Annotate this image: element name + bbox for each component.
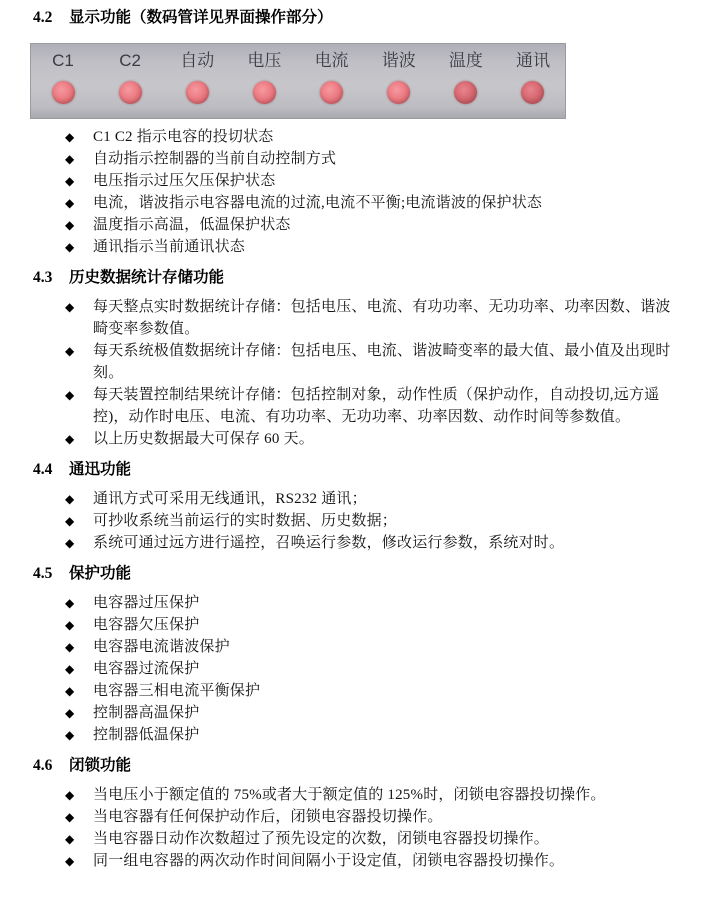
section-4-5: 4.5 保护功能 ◆ 电容器过压保护 ◆ 电容器欠压保护 ◆ 电容器电流谐波保护… xyxy=(33,564,673,746)
manual-page: 4.2 显示功能（数码管详见界面操作部分） C1 C2 自动 电压 电流 谐波 … xyxy=(0,0,701,912)
led-indicator-icon xyxy=(186,81,209,104)
indicator-label: C2 xyxy=(119,51,141,71)
list-item: ◆ 每天装置控制结果统计存储：包括控制对象，动作性质（保护动作，自动投切,远方遥… xyxy=(33,384,673,428)
led-indicator-icon xyxy=(320,81,343,104)
bullet-text: 控制器低温保护 xyxy=(93,724,673,746)
bullet-diamond-icon: ◆ xyxy=(65,126,93,148)
section-4-5-heading: 4.5 保护功能 xyxy=(33,564,673,584)
bullet-diamond-icon: ◆ xyxy=(65,592,93,614)
section-number: 4.3 xyxy=(33,268,69,288)
indicator-label: 谐波 xyxy=(382,51,416,71)
list-item: ◆ C1 C2 指示电容的投切状态 xyxy=(33,126,673,148)
bullet-text: 通讯方式可采用无线通讯，RS232 通讯； xyxy=(93,488,673,510)
section-4-2: 4.2 显示功能（数码管详见界面操作部分） C1 C2 自动 电压 电流 谐波 … xyxy=(33,8,673,258)
bullet-text: 当电容器日动作次数超过了预先设定的次数，闭锁电容器投切操作。 xyxy=(93,828,673,850)
section-number: 4.6 xyxy=(33,756,69,776)
list-item: ◆ 自动指示控制器的当前自动控制方式 xyxy=(33,148,673,170)
panel-indicator: 通讯 xyxy=(505,44,561,118)
bullet-text: 每天装置控制结果统计存储：包括控制对象，动作性质（保护动作，自动投切,远方遥控)… xyxy=(93,384,673,428)
bullet-text: 当电压小于额定值的 75%或者大于额定值的 125%时，闭锁电容器投切操作。 xyxy=(93,784,673,806)
section-4-2-heading: 4.2 显示功能（数码管详见界面操作部分） xyxy=(33,8,673,28)
bullet-diamond-icon: ◆ xyxy=(65,702,93,724)
section-title: 显示功能（数码管详见界面操作部分） xyxy=(69,8,333,28)
list-item: ◆ 通讯方式可采用无线通讯，RS232 通讯； xyxy=(33,488,673,510)
section-4-6-heading: 4.6 闭锁功能 xyxy=(33,756,673,776)
bullet-diamond-icon: ◆ xyxy=(65,384,93,428)
panel-indicator: 自动 xyxy=(169,44,225,118)
bullet-text: 当电容器有任何保护动作后，闭锁电容器投切操作。 xyxy=(93,806,673,828)
bullet-text: 每天系统极值数据统计存储：包括电压、电流、谐波畸变率的最大值、最小值及出现时刻。 xyxy=(93,340,673,384)
bullet-text: 通讯指示当前通讯状态 xyxy=(93,236,673,258)
list-item: ◆ 电容器过压保护 xyxy=(33,592,673,614)
list-item: ◆ 电容器电流谐波保护 xyxy=(33,636,673,658)
bullet-diamond-icon: ◆ xyxy=(65,170,93,192)
panel-indicator: 电流 xyxy=(304,44,360,118)
bullet-text: 电容器三相电流平衡保护 xyxy=(93,680,673,702)
section-4-6: 4.6 闭锁功能 ◆ 当电压小于额定值的 75%或者大于额定值的 125%时，闭… xyxy=(33,756,673,872)
bullet-diamond-icon: ◆ xyxy=(65,636,93,658)
bullet-text: 以上历史数据最大可保存 60 天。 xyxy=(93,428,673,450)
list-item: ◆ 电容器过流保护 xyxy=(33,658,673,680)
section-4-4-heading: 4.4 通迅功能 xyxy=(33,460,673,480)
section-number: 4.4 xyxy=(33,460,69,480)
bullet-diamond-icon: ◆ xyxy=(65,658,93,680)
indicator-panel-photo: C1 C2 自动 电压 电流 谐波 温度 通讯 xyxy=(30,43,566,119)
list-item: ◆ 同一组电容器的两次动作时间间隔小于设定值，闭锁电容器投切操作。 xyxy=(33,850,673,872)
panel-indicator: C2 xyxy=(102,44,158,118)
led-indicator-icon xyxy=(52,81,75,104)
bullet-diamond-icon: ◆ xyxy=(65,236,93,258)
list-item: ◆ 每天系统极值数据统计存储：包括电压、电流、谐波畸变率的最大值、最小值及出现时… xyxy=(33,340,673,384)
bullet-text: 控制器高温保护 xyxy=(93,702,673,724)
led-indicator-icon xyxy=(454,81,477,104)
bullet-diamond-icon: ◆ xyxy=(65,214,93,236)
list-item: ◆ 电容器三相电流平衡保护 xyxy=(33,680,673,702)
section-4-5-bullets: ◆ 电容器过压保护 ◆ 电容器欠压保护 ◆ 电容器电流谐波保护 ◆ 电容器过流保… xyxy=(33,592,673,746)
list-item: ◆ 控制器高温保护 xyxy=(33,702,673,724)
list-item: ◆ 温度指示高温，低温保护状态 xyxy=(33,214,673,236)
bullet-text: 电容器电流谐波保护 xyxy=(93,636,673,658)
section-4-3-heading: 4.3 历史数据统计存储功能 xyxy=(33,268,673,288)
bullet-text: 电容器过流保护 xyxy=(93,658,673,680)
bullet-diamond-icon: ◆ xyxy=(65,724,93,746)
panel-indicator: 谐波 xyxy=(371,44,427,118)
list-item: ◆ 电容器欠压保护 xyxy=(33,614,673,636)
bullet-text: 温度指示高温，低温保护状态 xyxy=(93,214,673,236)
bullet-text: 每天整点实时数据统计存储：包括电压、电流、有功功率、无功功率、功率因数、谐波畸变… xyxy=(93,296,673,340)
bullet-text: 自动指示控制器的当前自动控制方式 xyxy=(93,148,673,170)
section-title: 历史数据统计存储功能 xyxy=(69,268,224,288)
indicator-label: 电流 xyxy=(315,51,349,71)
list-item: ◆ 可抄收系统当前运行的实时数据、历史数据； xyxy=(33,510,673,532)
indicator-label: 通讯 xyxy=(516,51,550,71)
list-item: ◆ 电压指示过压欠压保护状态 xyxy=(33,170,673,192)
indicator-label: 电压 xyxy=(247,51,281,71)
bullet-text: C1 C2 指示电容的投切状态 xyxy=(93,126,673,148)
section-title: 闭锁功能 xyxy=(69,756,131,776)
list-item: ◆ 当电容器日动作次数超过了预先设定的次数，闭锁电容器投切操作。 xyxy=(33,828,673,850)
list-item: ◆ 当电压小于额定值的 75%或者大于额定值的 125%时，闭锁电容器投切操作。 xyxy=(33,784,673,806)
indicator-label: C1 xyxy=(52,51,74,71)
bullet-text: 电流，谐波指示电容器电流的过流,电流不平衡;电流谐波的保护状态 xyxy=(93,192,673,214)
bullet-diamond-icon: ◆ xyxy=(65,806,93,828)
section-4-4: 4.4 通迅功能 ◆ 通讯方式可采用无线通讯，RS232 通讯； ◆ 可抄收系统… xyxy=(33,460,673,554)
indicator-label: 温度 xyxy=(449,51,483,71)
list-item: ◆ 每天整点实时数据统计存储：包括电压、电流、有功功率、无功功率、功率因数、谐波… xyxy=(33,296,673,340)
bullet-text: 系统可通过远方进行遥控，召唤运行参数，修改运行参数，系统对时。 xyxy=(93,532,673,554)
bullet-diamond-icon: ◆ xyxy=(65,680,93,702)
bullet-diamond-icon: ◆ xyxy=(65,340,93,384)
bullet-diamond-icon: ◆ xyxy=(65,510,93,532)
bullet-diamond-icon: ◆ xyxy=(65,488,93,510)
section-4-2-bullets: ◆ C1 C2 指示电容的投切状态 ◆ 自动指示控制器的当前自动控制方式 ◆ 电… xyxy=(33,126,673,258)
list-item: ◆ 电流，谐波指示电容器电流的过流,电流不平衡;电流谐波的保护状态 xyxy=(33,192,673,214)
bullet-diamond-icon: ◆ xyxy=(65,784,93,806)
list-item: ◆ 控制器低温保护 xyxy=(33,724,673,746)
bullet-text: 可抄收系统当前运行的实时数据、历史数据； xyxy=(93,510,673,532)
section-number: 4.2 xyxy=(33,8,69,28)
section-title: 通迅功能 xyxy=(69,460,131,480)
bullet-text: 电容器欠压保护 xyxy=(93,614,673,636)
indicator-label: 自动 xyxy=(180,51,214,71)
led-indicator-icon xyxy=(253,81,276,104)
bullet-diamond-icon: ◆ xyxy=(65,192,93,214)
panel-indicator: C1 xyxy=(35,44,91,118)
bullet-diamond-icon: ◆ xyxy=(65,828,93,850)
section-4-3: 4.3 历史数据统计存储功能 ◆ 每天整点实时数据统计存储：包括电压、电流、有功… xyxy=(33,268,673,450)
list-item: ◆ 当电容器有任何保护动作后，闭锁电容器投切操作。 xyxy=(33,806,673,828)
panel-indicator: 温度 xyxy=(438,44,494,118)
panel-indicator: 电压 xyxy=(236,44,292,118)
bullet-diamond-icon: ◆ xyxy=(65,614,93,636)
led-indicator-icon xyxy=(119,81,142,104)
led-indicator-icon xyxy=(521,81,544,104)
bullet-diamond-icon: ◆ xyxy=(65,850,93,872)
bullet-text: 同一组电容器的两次动作时间间隔小于设定值，闭锁电容器投切操作。 xyxy=(93,850,673,872)
led-indicator-icon xyxy=(387,81,410,104)
bullet-diamond-icon: ◆ xyxy=(65,428,93,450)
section-number: 4.5 xyxy=(33,564,69,584)
bullet-diamond-icon: ◆ xyxy=(65,296,93,340)
bullet-diamond-icon: ◆ xyxy=(65,532,93,554)
bullet-diamond-icon: ◆ xyxy=(65,148,93,170)
section-title: 保护功能 xyxy=(69,564,131,584)
list-item: ◆ 通讯指示当前通讯状态 xyxy=(33,236,673,258)
section-4-4-bullets: ◆ 通讯方式可采用无线通讯，RS232 通讯； ◆ 可抄收系统当前运行的实时数据… xyxy=(33,488,673,554)
bullet-text: 电容器过压保护 xyxy=(93,592,673,614)
section-4-3-bullets: ◆ 每天整点实时数据统计存储：包括电压、电流、有功功率、无功功率、功率因数、谐波… xyxy=(33,296,673,450)
list-item: ◆ 以上历史数据最大可保存 60 天。 xyxy=(33,428,673,450)
list-item: ◆ 系统可通过远方进行遥控，召唤运行参数，修改运行参数，系统对时。 xyxy=(33,532,673,554)
section-4-6-bullets: ◆ 当电压小于额定值的 75%或者大于额定值的 125%时，闭锁电容器投切操作。… xyxy=(33,784,673,872)
bullet-text: 电压指示过压欠压保护状态 xyxy=(93,170,673,192)
